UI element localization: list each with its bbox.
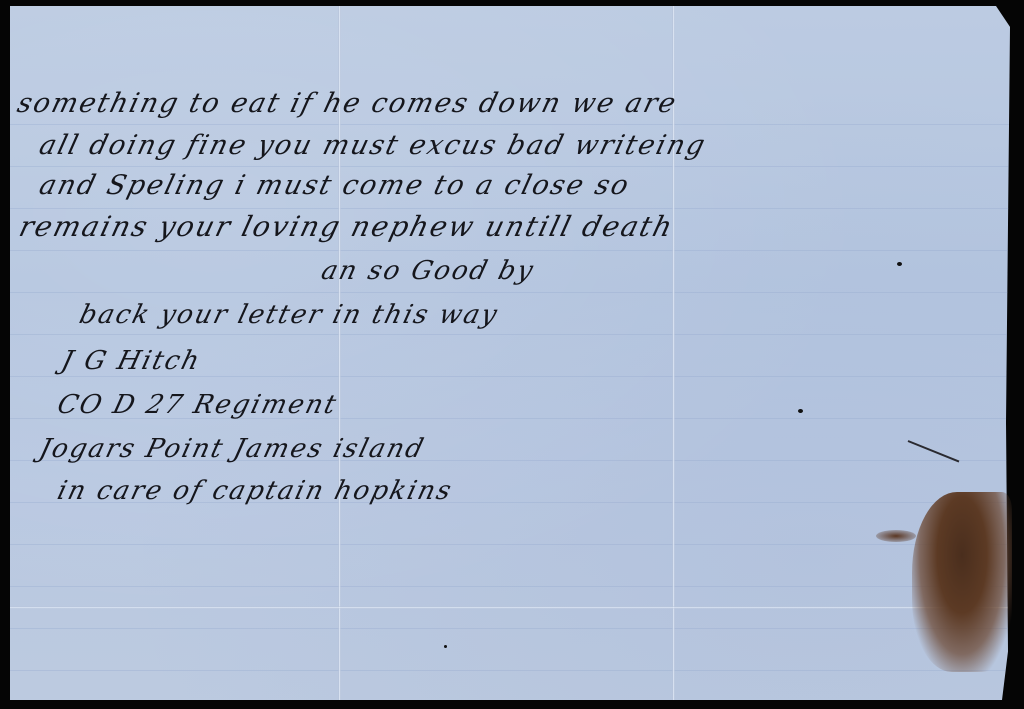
letter-line-2: all doing fine you must excus bad writei… bbox=[36, 130, 710, 161]
closing-line: an so Good by bbox=[318, 256, 538, 286]
ruled-line bbox=[10, 670, 1010, 671]
ink-dot bbox=[897, 262, 902, 266]
ruled-line bbox=[10, 334, 1010, 335]
ruled-line bbox=[10, 376, 1010, 377]
ruled-line bbox=[10, 586, 1010, 587]
ruled-line bbox=[10, 628, 1010, 629]
ruled-line bbox=[10, 124, 1010, 125]
address-regiment: CO D 27 Regiment bbox=[54, 390, 341, 420]
ruled-line bbox=[10, 166, 1010, 167]
letter-line-1: something to eat if he comes down we are bbox=[14, 88, 681, 119]
ink-splash bbox=[876, 530, 916, 542]
ruled-line bbox=[10, 544, 1010, 545]
ink-stain bbox=[912, 492, 1012, 672]
ink-dot bbox=[798, 409, 803, 413]
ink-dot bbox=[444, 645, 447, 648]
ruled-line bbox=[10, 208, 1010, 209]
letter-line-4: remains your loving nephew untill death bbox=[16, 210, 678, 243]
address-name: J G Hitch bbox=[58, 346, 204, 376]
address-location: Jogars Point James island bbox=[36, 434, 428, 464]
ruled-line bbox=[10, 250, 1010, 251]
ruled-line bbox=[10, 292, 1010, 293]
letter-line-3: and Speling i must come to a close so bbox=[36, 170, 633, 201]
horizontal-fold bbox=[10, 606, 1010, 609]
address-care-of: in care of captain hopkins bbox=[54, 476, 456, 506]
address-instruction: back your letter in this way bbox=[76, 300, 502, 330]
